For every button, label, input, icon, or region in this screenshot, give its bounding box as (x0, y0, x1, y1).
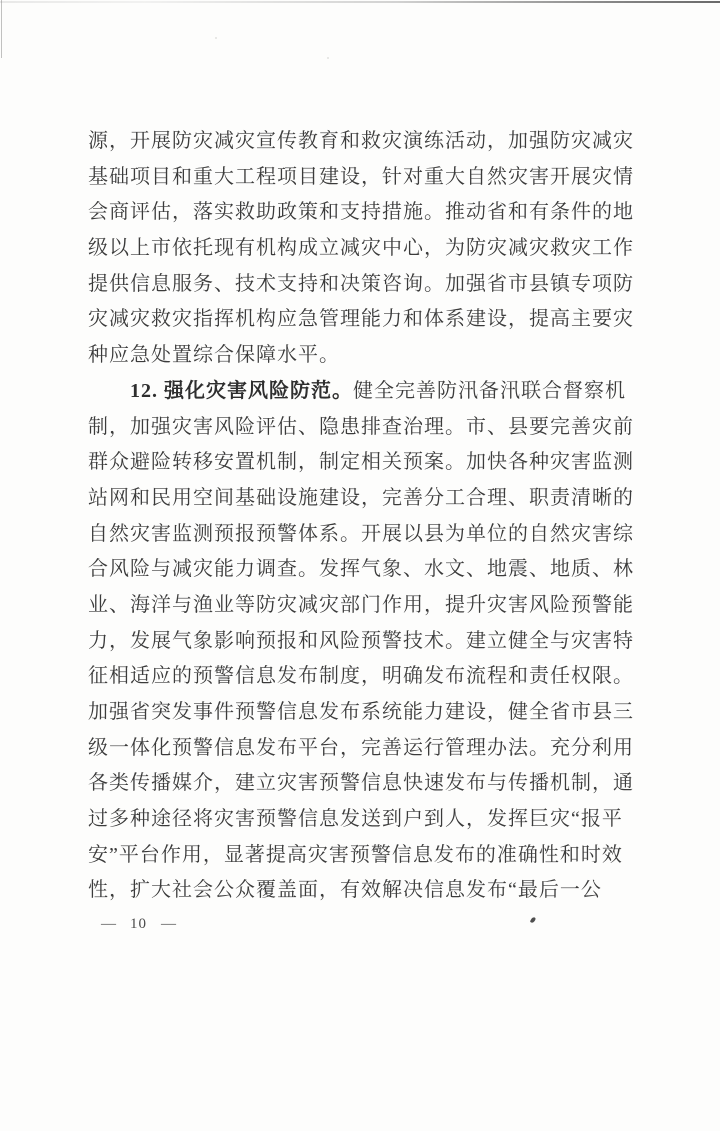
text-line: 级一体化预警信息发布平台，完善运行管理办法。充分利用 (88, 731, 648, 767)
text-line: 性，扩大社会公众覆盖面，有效解决信息发布“最后一公 (88, 873, 648, 909)
text-line: 自然灾害监测预报预警体系。开展以县为单位的自然灾害综 (88, 517, 648, 553)
text-line: 基础项目和重大工程项目建设，针对重大自然灾害开展灾情 (88, 160, 648, 196)
page-number: 10 (130, 916, 147, 933)
text-line: 种应急处置综合保障水平。 (88, 338, 648, 374)
text-line: 提供信息服务、技术支持和决策咨询。加强省市县镇专项防 (88, 267, 648, 303)
scan-artifact-ink-dot (530, 916, 536, 923)
section-heading: 12. 强化灾害风险防范。 (130, 380, 353, 402)
scan-artifact-speck (327, 57, 329, 59)
text-line: 源，开展防灾减灾宣传教育和救灾演练活动，加强防灾减灾 (88, 124, 648, 160)
text-line: 加强省突发事件预警信息发布系统能力建设，健全省市县三 (88, 695, 648, 731)
text-line: 征相适应的预警信息发布制度，明确发布流程和责任权限。 (88, 659, 648, 695)
section-heading-rest: 健全完善防汛备汛联合督察机 (353, 380, 626, 402)
paragraph-item-12: 12. 强化灾害风险防范。健全完善防汛备汛联合督察机 制，加强灾害风险评估、隐患… (88, 374, 648, 909)
text-line: 群众避险转移安置机制，制定相关预案。加快各种灾害监测 (88, 445, 648, 481)
document-page: 源，开展防灾减灾宣传教育和救灾演练活动，加强防灾减灾 基础项目和重大工程项目建设… (0, 0, 720, 1131)
paragraph-continuation: 源，开展防灾减灾宣传教育和救灾演练活动，加强防灾减灾 基础项目和重大工程项目建设… (88, 124, 648, 374)
text-line: 安”平台作用，显著提高灾害预警信息发布的准确性和时效 (88, 838, 648, 874)
scan-artifact-speck (215, 37, 217, 39)
text-line: 业、海洋与渔业等防灾减灾部门作用，提升灾害风险预警能 (88, 588, 648, 624)
text-line: 合风险与减灾能力调查。发挥气象、水文、地震、地质、林 (88, 552, 648, 588)
text-line: 各类传播媒介，建立灾害预警信息快速发布与传播机制，通 (88, 766, 648, 802)
text-line: 级以上市依托现有机构成立减灾中心，为防灾减灾救灾工作 (88, 231, 648, 267)
scan-artifact-top-edge (0, 1, 720, 3)
text-line: 会商评估，落实救助政策和支持措施。推动省和有条件的地 (88, 195, 648, 231)
scan-artifact-left-edge (1, 0, 2, 58)
text-line: 制，加强灾害风险评估、隐患排查治理。市、县要完善灾前 (88, 410, 648, 446)
text-line: 12. 强化灾害风险防范。健全完善防汛备汛联合督察机 (88, 374, 648, 410)
text-line: 过多种途径将灾害预警信息发送到户到人，发挥巨灾“报平 (88, 802, 648, 838)
text-line: 力，发展气象影响预报和风险预警技术。建立健全与灾害特 (88, 624, 648, 660)
footer-dash-right: — (161, 916, 176, 933)
footer-dash-left: — (101, 916, 116, 933)
body-text: 源，开展防灾减灾宣传教育和救灾演练活动，加强防灾减灾 基础项目和重大工程项目建设… (88, 124, 648, 909)
text-line: 站网和民用空间基础设施建设，完善分工合理、职责清晰的 (88, 481, 648, 517)
page-footer: —10— (101, 916, 176, 933)
text-line: 灾减灾救灾指挥机构应急管理能力和体系建设，提高主要灾 (88, 302, 648, 338)
